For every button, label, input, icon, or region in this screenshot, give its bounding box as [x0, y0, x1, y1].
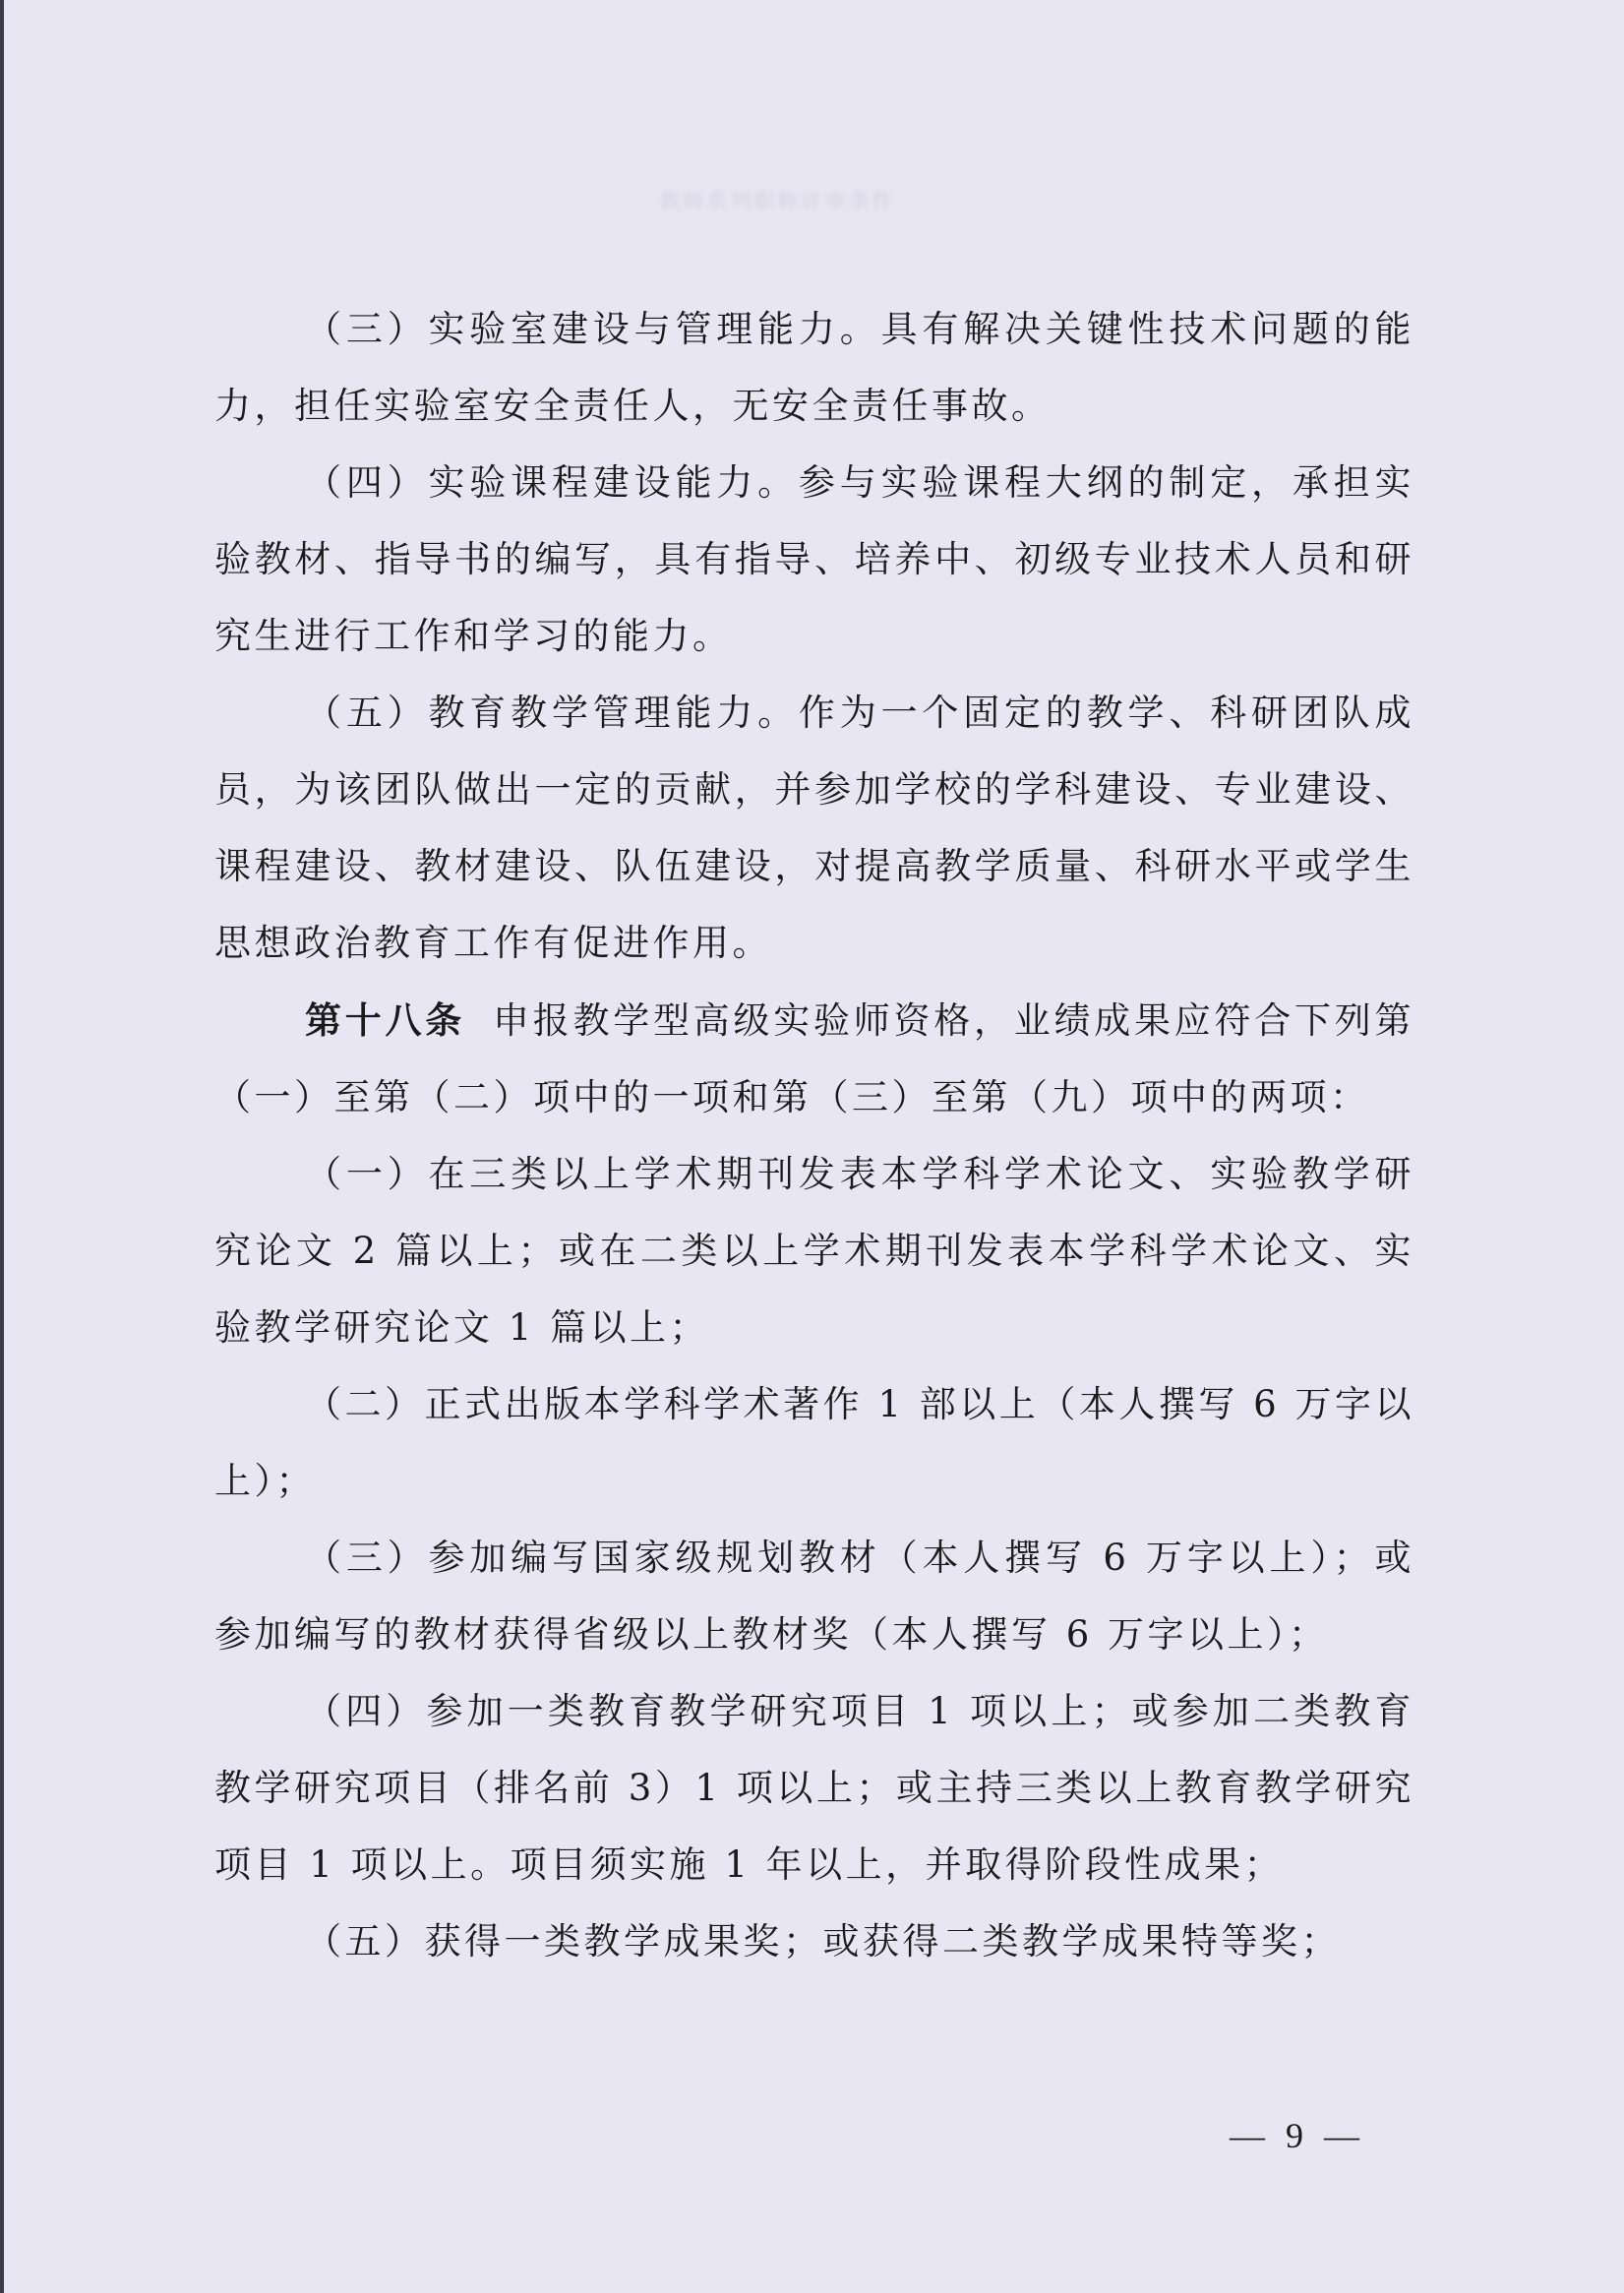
bleed-through-header: 教师系列职称评审条件 — [659, 185, 964, 212]
paragraph-course-building: （四）实验课程建设能力。参与实验课程大纲的制定，承担实验教材、指导书的编写，具有… — [214, 445, 1414, 675]
paragraph-teaching-management: （五）教育教学管理能力。作为一个固定的教学、科研团队成员，为该团队做出一定的贡献… — [214, 675, 1414, 982]
scan-page-edge — [0, 0, 4, 2293]
article-18: 第十八条申报教学型高级实验师资格，业绩成果应符合下列第（一）至第（二）项中的一项… — [214, 982, 1414, 1136]
requirement-item-2: （二）正式出版本学科学术著作 1 部以上（本人撰写 6 万字以上）； — [214, 1366, 1414, 1520]
requirement-item-5: （五）获得一类教学成果奖；或获得二类教学成果特等奖； — [214, 1903, 1414, 1980]
paragraph-lab-management: （三）实验室建设与管理能力。具有解决关键性技术问题的能力，担任实验室安全责任人，… — [214, 291, 1414, 445]
article-heading: 第十八条 — [305, 998, 465, 1042]
page-number: — 9 — — [1230, 2115, 1365, 2156]
requirement-item-1: （一）在三类以上学术期刊发表本学科学术论文、实验教学研究论文 2 篇以上；或在二… — [214, 1136, 1414, 1366]
document-body: （三）实验室建设与管理能力。具有解决关键性技术问题的能力，担任实验室安全责任人，… — [214, 291, 1414, 1980]
requirement-item-3: （三）参加编写国家级规划教材（本人撰写 6 万字以上）；或参加编写的教材获得省级… — [214, 1520, 1414, 1673]
requirement-item-4: （四）参加一类教育教学研究项目 1 项以上；或参加二类教育教学研究项目（排名前 … — [214, 1673, 1414, 1903]
